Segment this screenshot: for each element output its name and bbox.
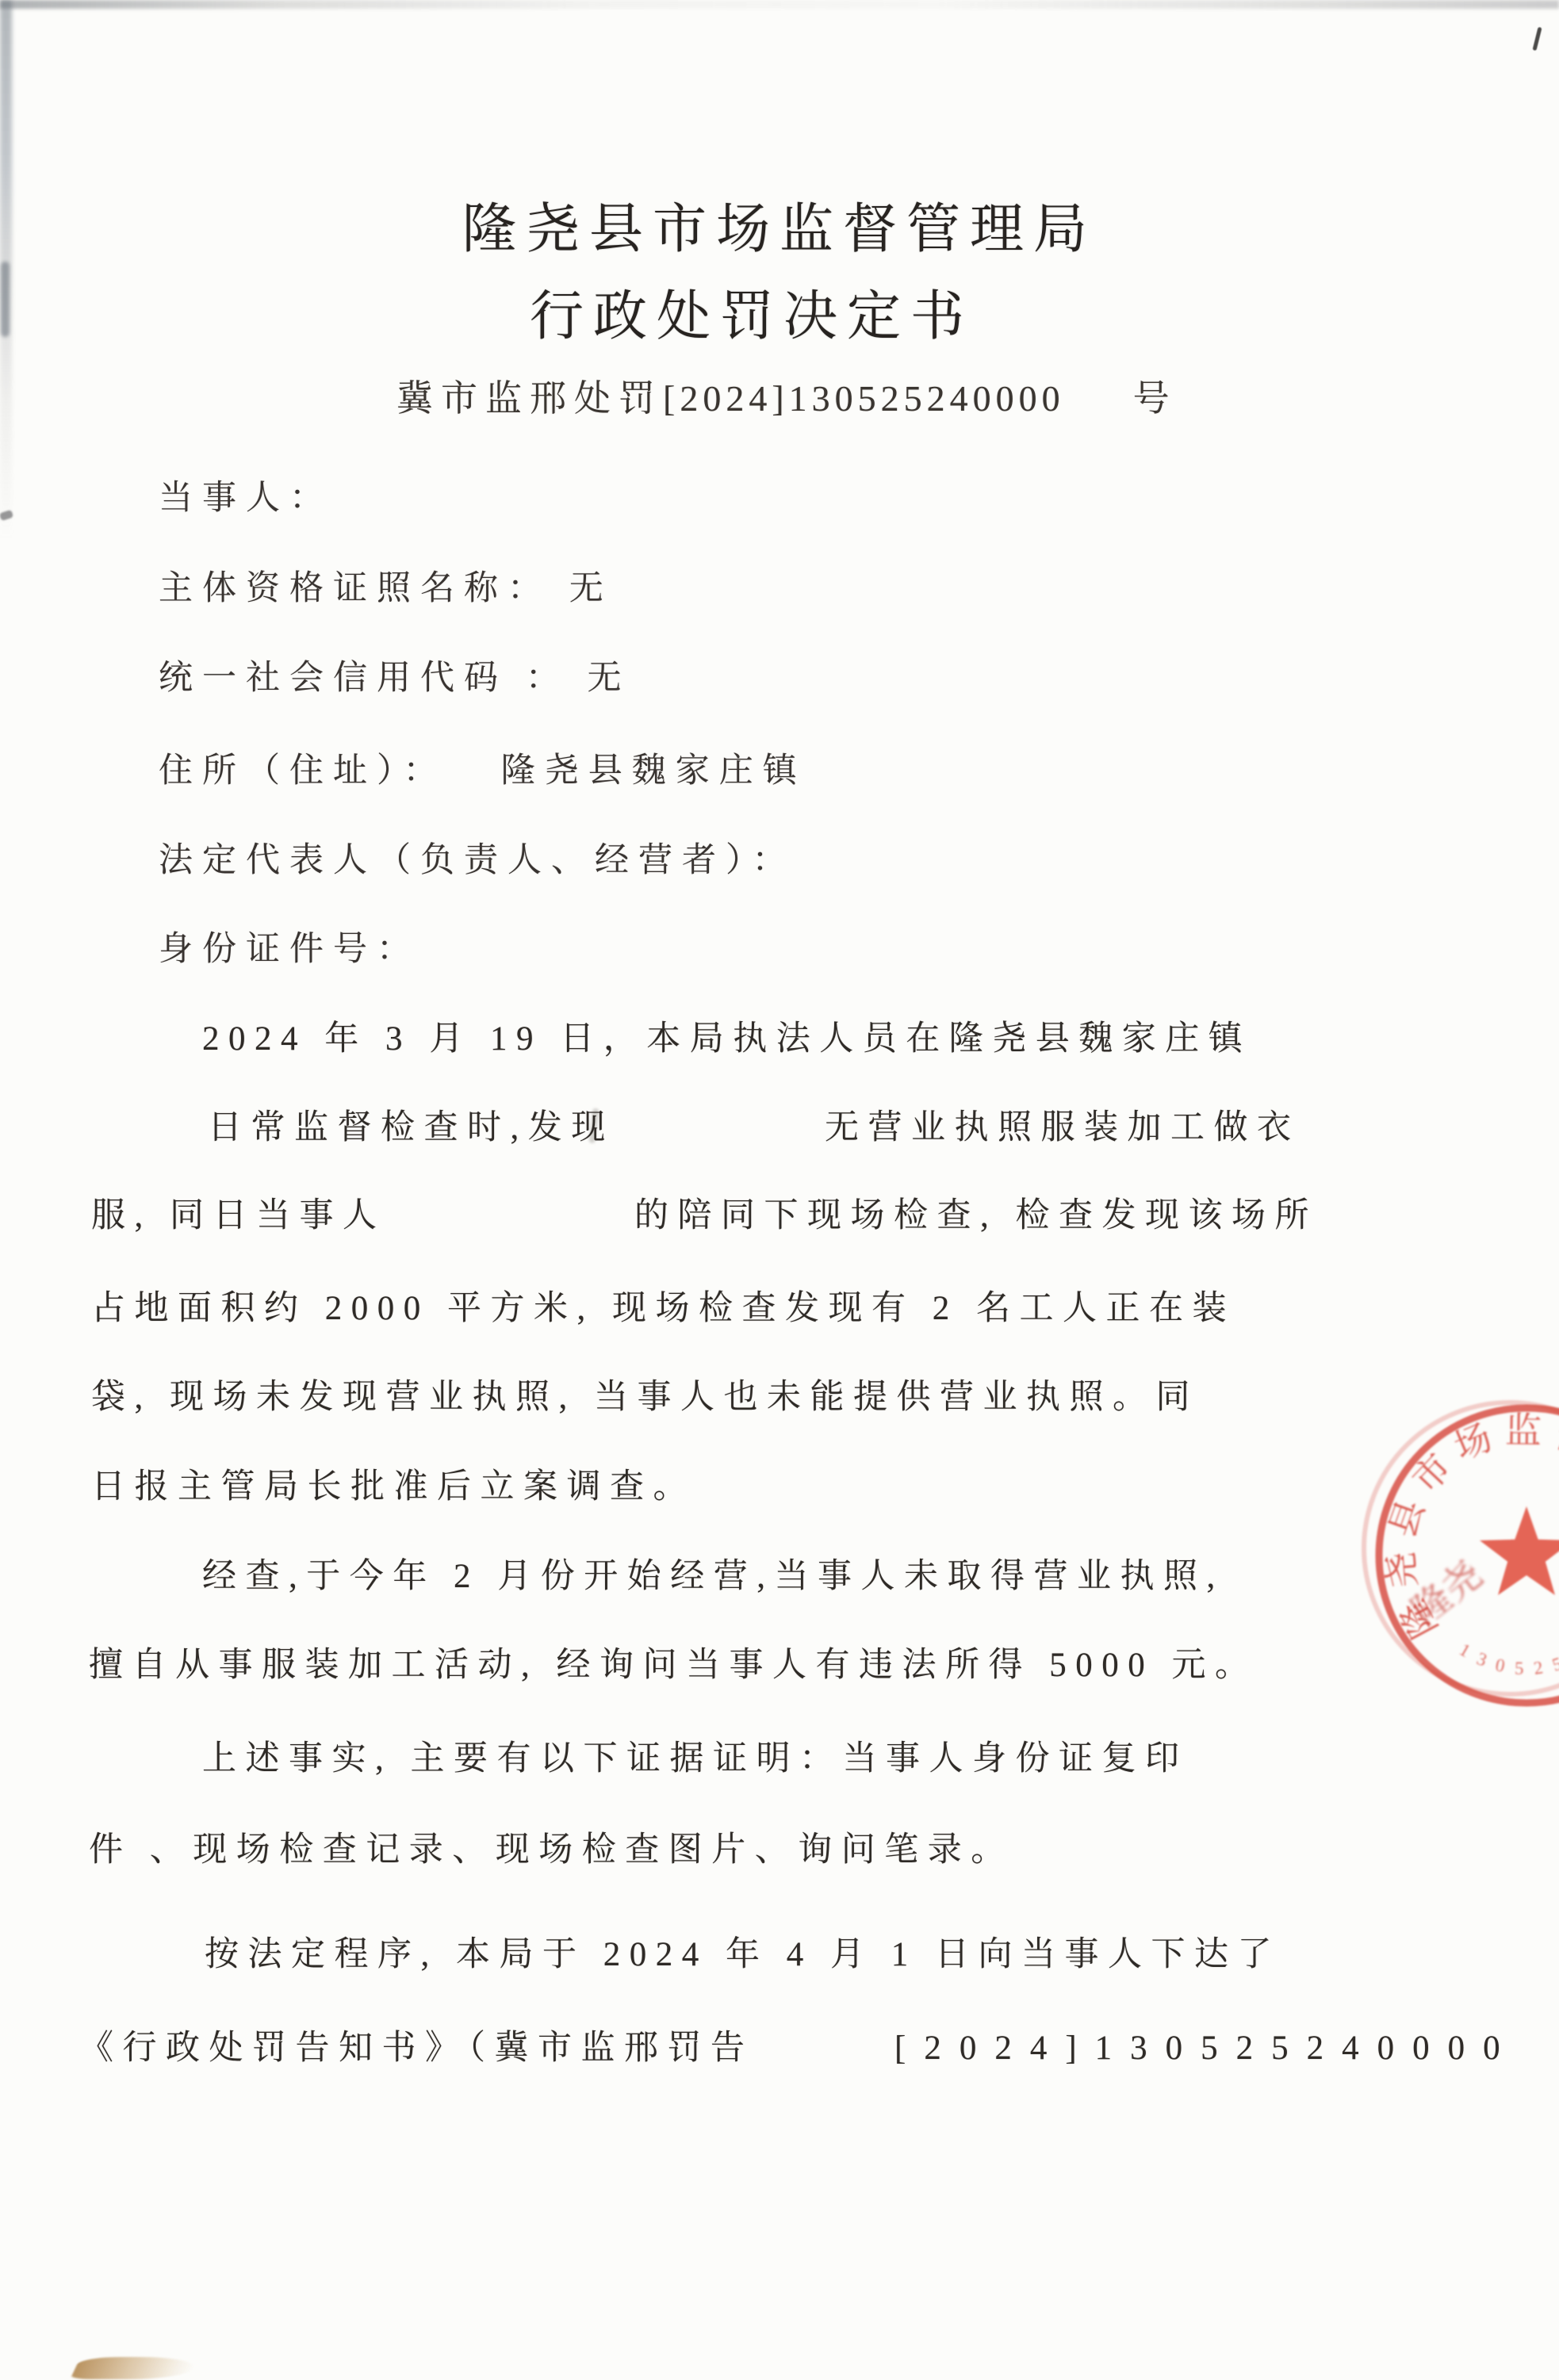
body-line: 占地面积约 2000 平方米, 现场检查发现有 2 名工人正在装: [91, 1288, 1235, 1330]
body-line: 日报主管局长批准后立案调查。: [91, 1467, 696, 1508]
seal-code-digits: 13052584: [1456, 1630, 1559, 1678]
field-legal-representative: 法定代表人（负责人、经营者）：: [159, 840, 796, 882]
body-line: 袋, 现场未发现营业执照, 当事人也未能提供营业执照。同: [91, 1377, 1199, 1418]
field-value: 无: [569, 660, 631, 697]
field-label: 法定代表人（负责人、经营者）：: [159, 842, 796, 879]
seal-star-icon: [1480, 1506, 1559, 1595]
scan-smudge-bottom-left: [70, 2357, 199, 2379]
document-number-line: 冀市监邢处罚[2024]130525240000号: [396, 377, 1170, 420]
field-label: 主体资格证照名称：: [159, 570, 551, 607]
field-license-name: 主体资格证照名称： 无: [159, 568, 613, 610]
field-party: 当事人：: [159, 478, 333, 519]
body-line: 的陪同下现场检查, 检查发现该场所: [634, 1196, 1318, 1237]
body-line: 日常监督检查时,发现: [208, 1108, 615, 1149]
body-line: 2024 年 3 月 19 日，本局执法人员在隆尧县魏家庄镇: [202, 1019, 1251, 1060]
body-line: 按法定程序, 本局于 2024 年 4 月 1 日向当事人下达了: [205, 1934, 1281, 1976]
field-label: 住所（住址）：: [159, 752, 447, 790]
body-line: 无营业执照服装加工做衣: [825, 1108, 1300, 1149]
field-label: 当事人：: [159, 480, 333, 517]
scanned-penalty-decision-page: { "document": { "titles": ["隆尧县市场监督管理局",…: [0, 0, 1559, 2380]
agency-title: 隆尧县市场监督管理局: [0, 197, 1559, 262]
field-label: 身份证件号：: [159, 931, 420, 968]
field-address: 住所（住址）： 隆尧县魏家庄镇: [159, 751, 806, 792]
body-line: 服, 同日当事人: [91, 1196, 386, 1237]
document-title: 行政处罚决定书: [0, 285, 1531, 350]
body-line: 擅自从事服装加工活动, 经询问当事人有违法所得 5000 元。: [89, 1645, 1258, 1686]
body-line: 经查,于今年 2 月份开始经营,当事人未取得营业执照,: [202, 1556, 1224, 1598]
body-line: 上述事实, 主要有以下证据证明：当事人身份证复印: [202, 1739, 1189, 1780]
document-number-suffix: 号: [1133, 378, 1170, 419]
field-value: 隆尧县魏家庄镇: [447, 752, 806, 790]
field-label: 统一社会信用代码 ：: [159, 660, 569, 697]
scan-smudge-top-edge: [0, 0, 1559, 9]
document-number-prefix: 冀市监邢处罚: [396, 378, 663, 419]
pen-mark-top-right: [1532, 27, 1542, 51]
field-value: 无: [551, 570, 613, 607]
body-line: 件 、现场检查记录、现场检查图片、询问笔录。: [89, 1830, 1014, 1871]
official-red-seal: 隆尧县市场监督管理局 13052584 隆尧: [1352, 1381, 1559, 1730]
document-number-value: [2024]130525240000: [663, 378, 1065, 419]
body-line: [2024]130525240000: [894, 2028, 1519, 2069]
scan-streak-left-edge: [0, 0, 12, 539]
field-credit-code: 统一社会信用代码 ： 无: [159, 658, 631, 699]
body-line: 《行政处罚告知书》（冀市监邢罚告: [79, 2028, 754, 2069]
scan-left-tick-mark: [0, 510, 13, 521]
field-id-number: 身份证件号：: [159, 929, 420, 970]
